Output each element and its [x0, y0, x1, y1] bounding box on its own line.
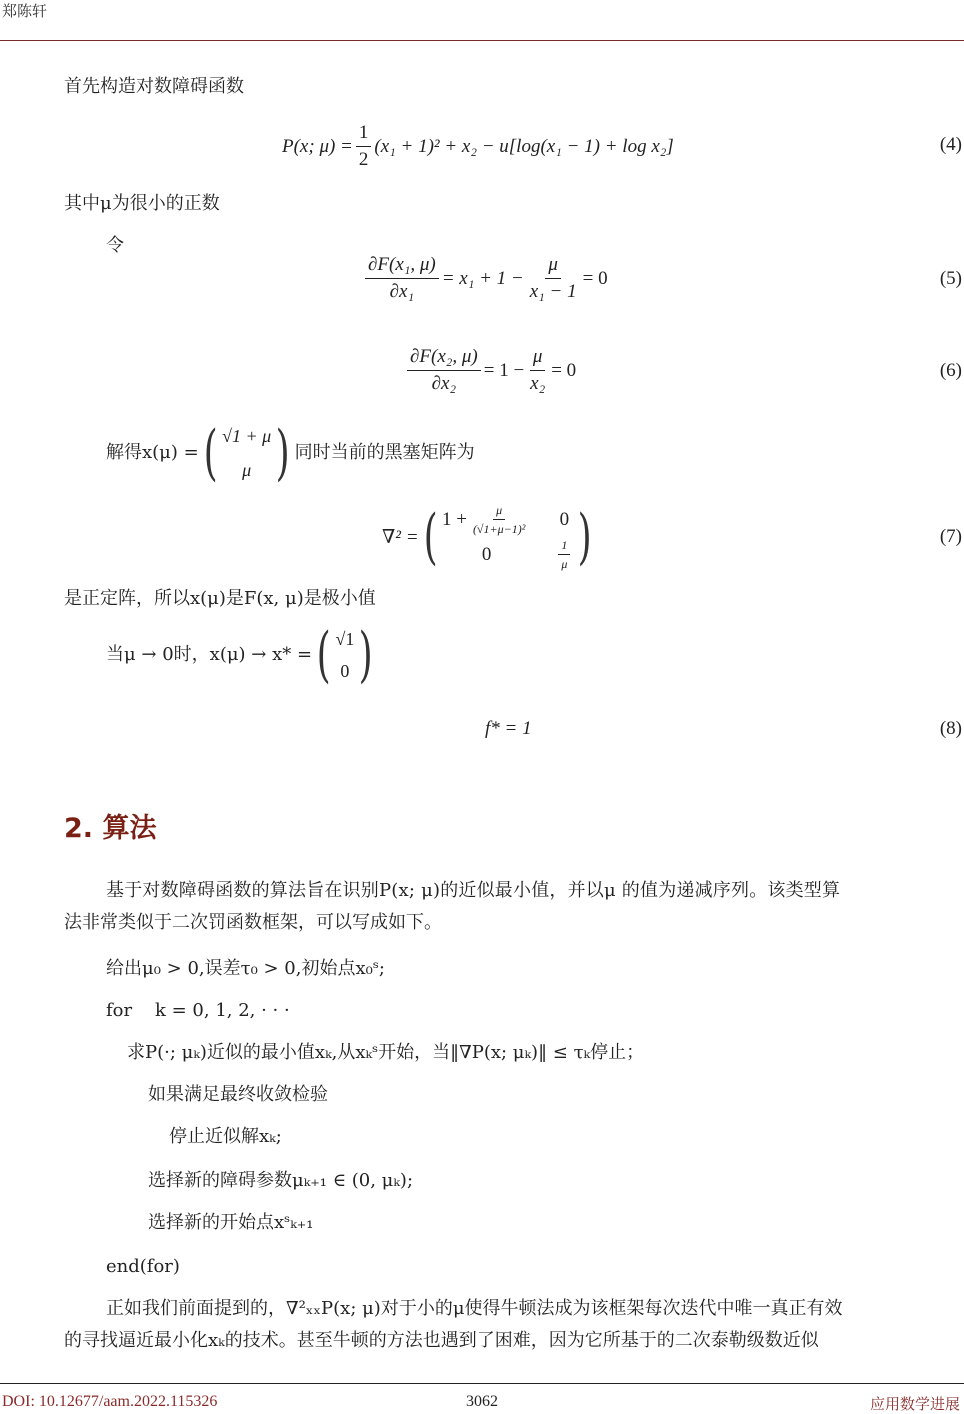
algo-step-init: 给出μ₀ > 0,误差τ₀ > 0,初始点x₀ˢ; — [106, 956, 385, 982]
eq5-rhs: = 0 — [583, 268, 608, 290]
running-header-author: 郑陈轩 — [2, 0, 47, 21]
eq7-number: (7) — [940, 526, 962, 548]
footer-doi-link[interactable]: DOI: 10.12677/aam.2022.115326 — [2, 1393, 217, 1411]
eq4-half: 12 — [356, 122, 372, 171]
eq6-frac: μx₂ — [527, 346, 548, 395]
eq6-number: (6) — [940, 360, 962, 382]
intro-text: 首先构造对数障碍函数 — [64, 74, 244, 100]
algo-choose-mu: 选择新的障碍参数μₖ₊₁ ∈ (0, μₖ); — [148, 1168, 413, 1194]
equation-4: P(x; μ) = 12 (x₁ + 1)² + x₂ − u[log(x₁ −… — [282, 122, 674, 171]
header-divider — [0, 40, 964, 41]
equation-7: ∇² = ( 1 + μ(√1+μ−1)² 0 0 1μ ) — [382, 504, 597, 570]
solution-prefix: 解得x(μ) = — [106, 440, 199, 466]
para1-line1: 基于对数障碍函数的算法旨在识别P(x; μ)的近似最小值，并以μ 的值为递减序列… — [106, 878, 964, 904]
solution-line: 解得x(μ) = ( √1 + μ μ ) 同时当前的黑塞矩阵为 — [106, 420, 475, 486]
eq6-rhs: = 0 — [551, 360, 576, 382]
limit-prefix: 当μ → 0时，x(μ) → x* = — [106, 642, 312, 668]
right-paren: ) — [276, 423, 290, 483]
limit-line: 当μ → 0时，x(μ) → x* = ( √1 0 ) — [106, 622, 378, 688]
mu-description: 其中μ为很小的正数 — [64, 191, 220, 217]
algo-stop: 停止近似解xₖ; — [169, 1124, 282, 1150]
right-paren: ) — [359, 625, 373, 685]
algo-minimize: 求P(·; μₖ)近似的最小值xₖ,从xₖˢ开始，当‖∇P(x; μₖ)‖ ≤ … — [127, 1040, 644, 1066]
eq4-lhs: P(x; μ) = — [282, 136, 353, 158]
posdef-text: 是正定阵，所以x(μ)是F(x, μ)是极小值 — [64, 586, 376, 612]
para1-line2: 法非常类似于二次罚函数框架，可以写成如下。 — [64, 910, 442, 936]
eq8-number: (8) — [940, 718, 962, 740]
eq5-mid: = x₁ + 1 − — [442, 268, 524, 290]
solution-suffix: 同时当前的黑塞矩阵为 — [295, 440, 475, 466]
solution-vector: √1 + μ μ — [222, 419, 271, 487]
eq5-number: (5) — [940, 268, 962, 290]
left-paren: ( — [317, 625, 331, 685]
left-paren: ( — [423, 507, 437, 567]
eq6-mid: = 1 − — [484, 360, 524, 382]
algo-end: end(for) — [106, 1254, 180, 1280]
limit-vector: √1 0 — [335, 623, 354, 687]
right-paren: ) — [578, 507, 592, 567]
para2-line1: 正如我们前面提到的，∇²ₓₓP(x; μ)对于小的μ使得牛顿法成为该框架每次迭代… — [106, 1296, 964, 1322]
algo-for: for k = 0, 1, 2, · · · — [106, 998, 290, 1024]
eq4-number: (4) — [940, 134, 962, 156]
eq5-frac: μx₁ − 1 — [527, 254, 580, 303]
equation-8: f* = 1 — [485, 718, 532, 740]
algo-choose-start: 选择新的开始点xˢₖ₊₁ — [148, 1210, 314, 1236]
eq5-partial: ∂F(x₁, μ)∂x₁ — [365, 254, 439, 303]
page-number: 3062 — [466, 1393, 498, 1411]
algo-if: 如果满足最终收敛检验 — [148, 1082, 328, 1108]
eq6-partial: ∂F(x₂, μ)∂x₂ — [407, 346, 481, 395]
equation-6: ∂F(x₂, μ)∂x₂ = 1 − μx₂ = 0 — [404, 346, 576, 395]
eq4-rhs: (x₁ + 1)² + x₂ − u[log(x₁ − 1) + log x₂] — [374, 136, 673, 158]
equation-5: ∂F(x₁, μ)∂x₁ = x₁ + 1 − μx₁ − 1 = 0 — [362, 254, 608, 303]
footer-divider — [0, 1383, 964, 1384]
journal-name: 应用数学进展 — [870, 1393, 960, 1414]
para2-line2: 的寻找逼近最小化xₖ的技术。甚至牛顿的方法也遇到了困难，因为它所基于的二次泰勒级… — [64, 1328, 964, 1354]
hessian-matrix: 1 + μ(√1+μ−1)² 0 0 1μ — [442, 503, 573, 571]
eq7-lhs: ∇² = — [382, 526, 419, 549]
section-title: 2. 算法 — [64, 806, 156, 845]
left-paren: ( — [203, 423, 217, 483]
let-text: 令 — [106, 233, 124, 259]
